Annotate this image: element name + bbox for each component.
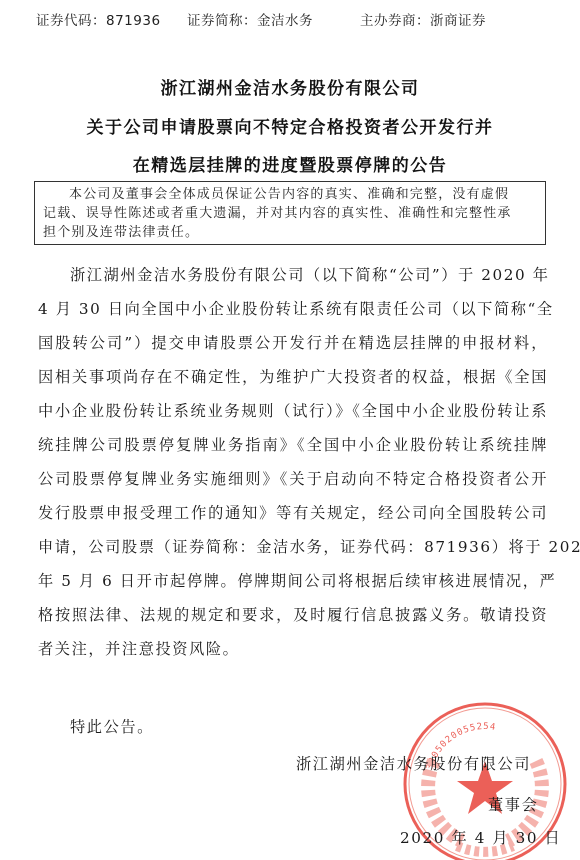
body-line: 中小企业股份转让系统业务规则（试行）》《全国中小企业股份转让系: [38, 400, 548, 421]
body-line: 国股转公司”）提交申请股票公开发行并在精选层挂牌的申报材料，: [38, 332, 548, 353]
body-line: 统挂牌公司股票停复牌业务指南》《全国中小企业股份转让系统挂牌: [38, 434, 548, 455]
title-line-2: 在精选层挂牌的进度暨股票停牌的公告: [0, 151, 580, 176]
security-short-name: 证券简称：金洁水务: [187, 9, 313, 29]
body-line: 年 5 月 6 日开市起停牌。停牌期间公司将根据后续审核进展情况，严: [38, 570, 548, 591]
body-line: 申请，公司股票（证券简称：金洁水务，证券代码：871936）将于 2020: [38, 536, 548, 557]
body-line: 公司股票停复牌业务实施细则》《关于启动向不特定合格投资者公开: [38, 468, 548, 489]
signature-board: 董事会: [488, 794, 538, 815]
disclaimer-line: 本公司及董事会全体成员保证公告内容的真实、准确和完整，没有虚假: [43, 185, 537, 204]
disclaimer-box: 本公司及董事会全体成员保证公告内容的真实、准确和完整，没有虚假 记载、误导性陈述…: [34, 181, 546, 245]
disclaimer-line: 担个别及连带法律责任。: [43, 223, 537, 242]
body-line: 格按照法律、法规的规定和要求，及时履行信息披露义务。敬请投资: [38, 604, 548, 625]
body-line: 发行股票申报受理工作的通知》等有关规定，经公司向全国股转公司: [38, 502, 548, 523]
title-company: 浙江湖州金洁水务股份有限公司: [0, 74, 580, 99]
sponsor-broker: 主办券商：浙商证券: [360, 9, 486, 29]
body-line: 4 月 30 日向全国中小企业股份转让系统有限责任公司（以下简称“全: [38, 298, 548, 319]
disclaimer-line: 记载、误导性陈述或者重大遗漏，并对其内容的真实性、准确性和完整性承: [43, 204, 537, 223]
signature-date: 2020 年 4 月 30 日: [400, 827, 561, 848]
closing-remark: 特此公告。: [70, 716, 154, 737]
body-line: 者关注，并注意投资风险。: [38, 638, 548, 659]
body-line: 浙江湖州金洁水务股份有限公司（以下简称“公司”）于 2020 年: [70, 264, 548, 285]
title-line-1: 关于公司申请股票向不特定合格投资者公开发行并: [0, 113, 580, 138]
body-line: 因相关事项尚存在不确定性，为维护广大投资者的权益，根据《全国: [38, 366, 548, 387]
signature-company: 浙江湖州金洁水务股份有限公司: [296, 753, 531, 774]
security-code: 证券代码：871936: [36, 9, 161, 29]
